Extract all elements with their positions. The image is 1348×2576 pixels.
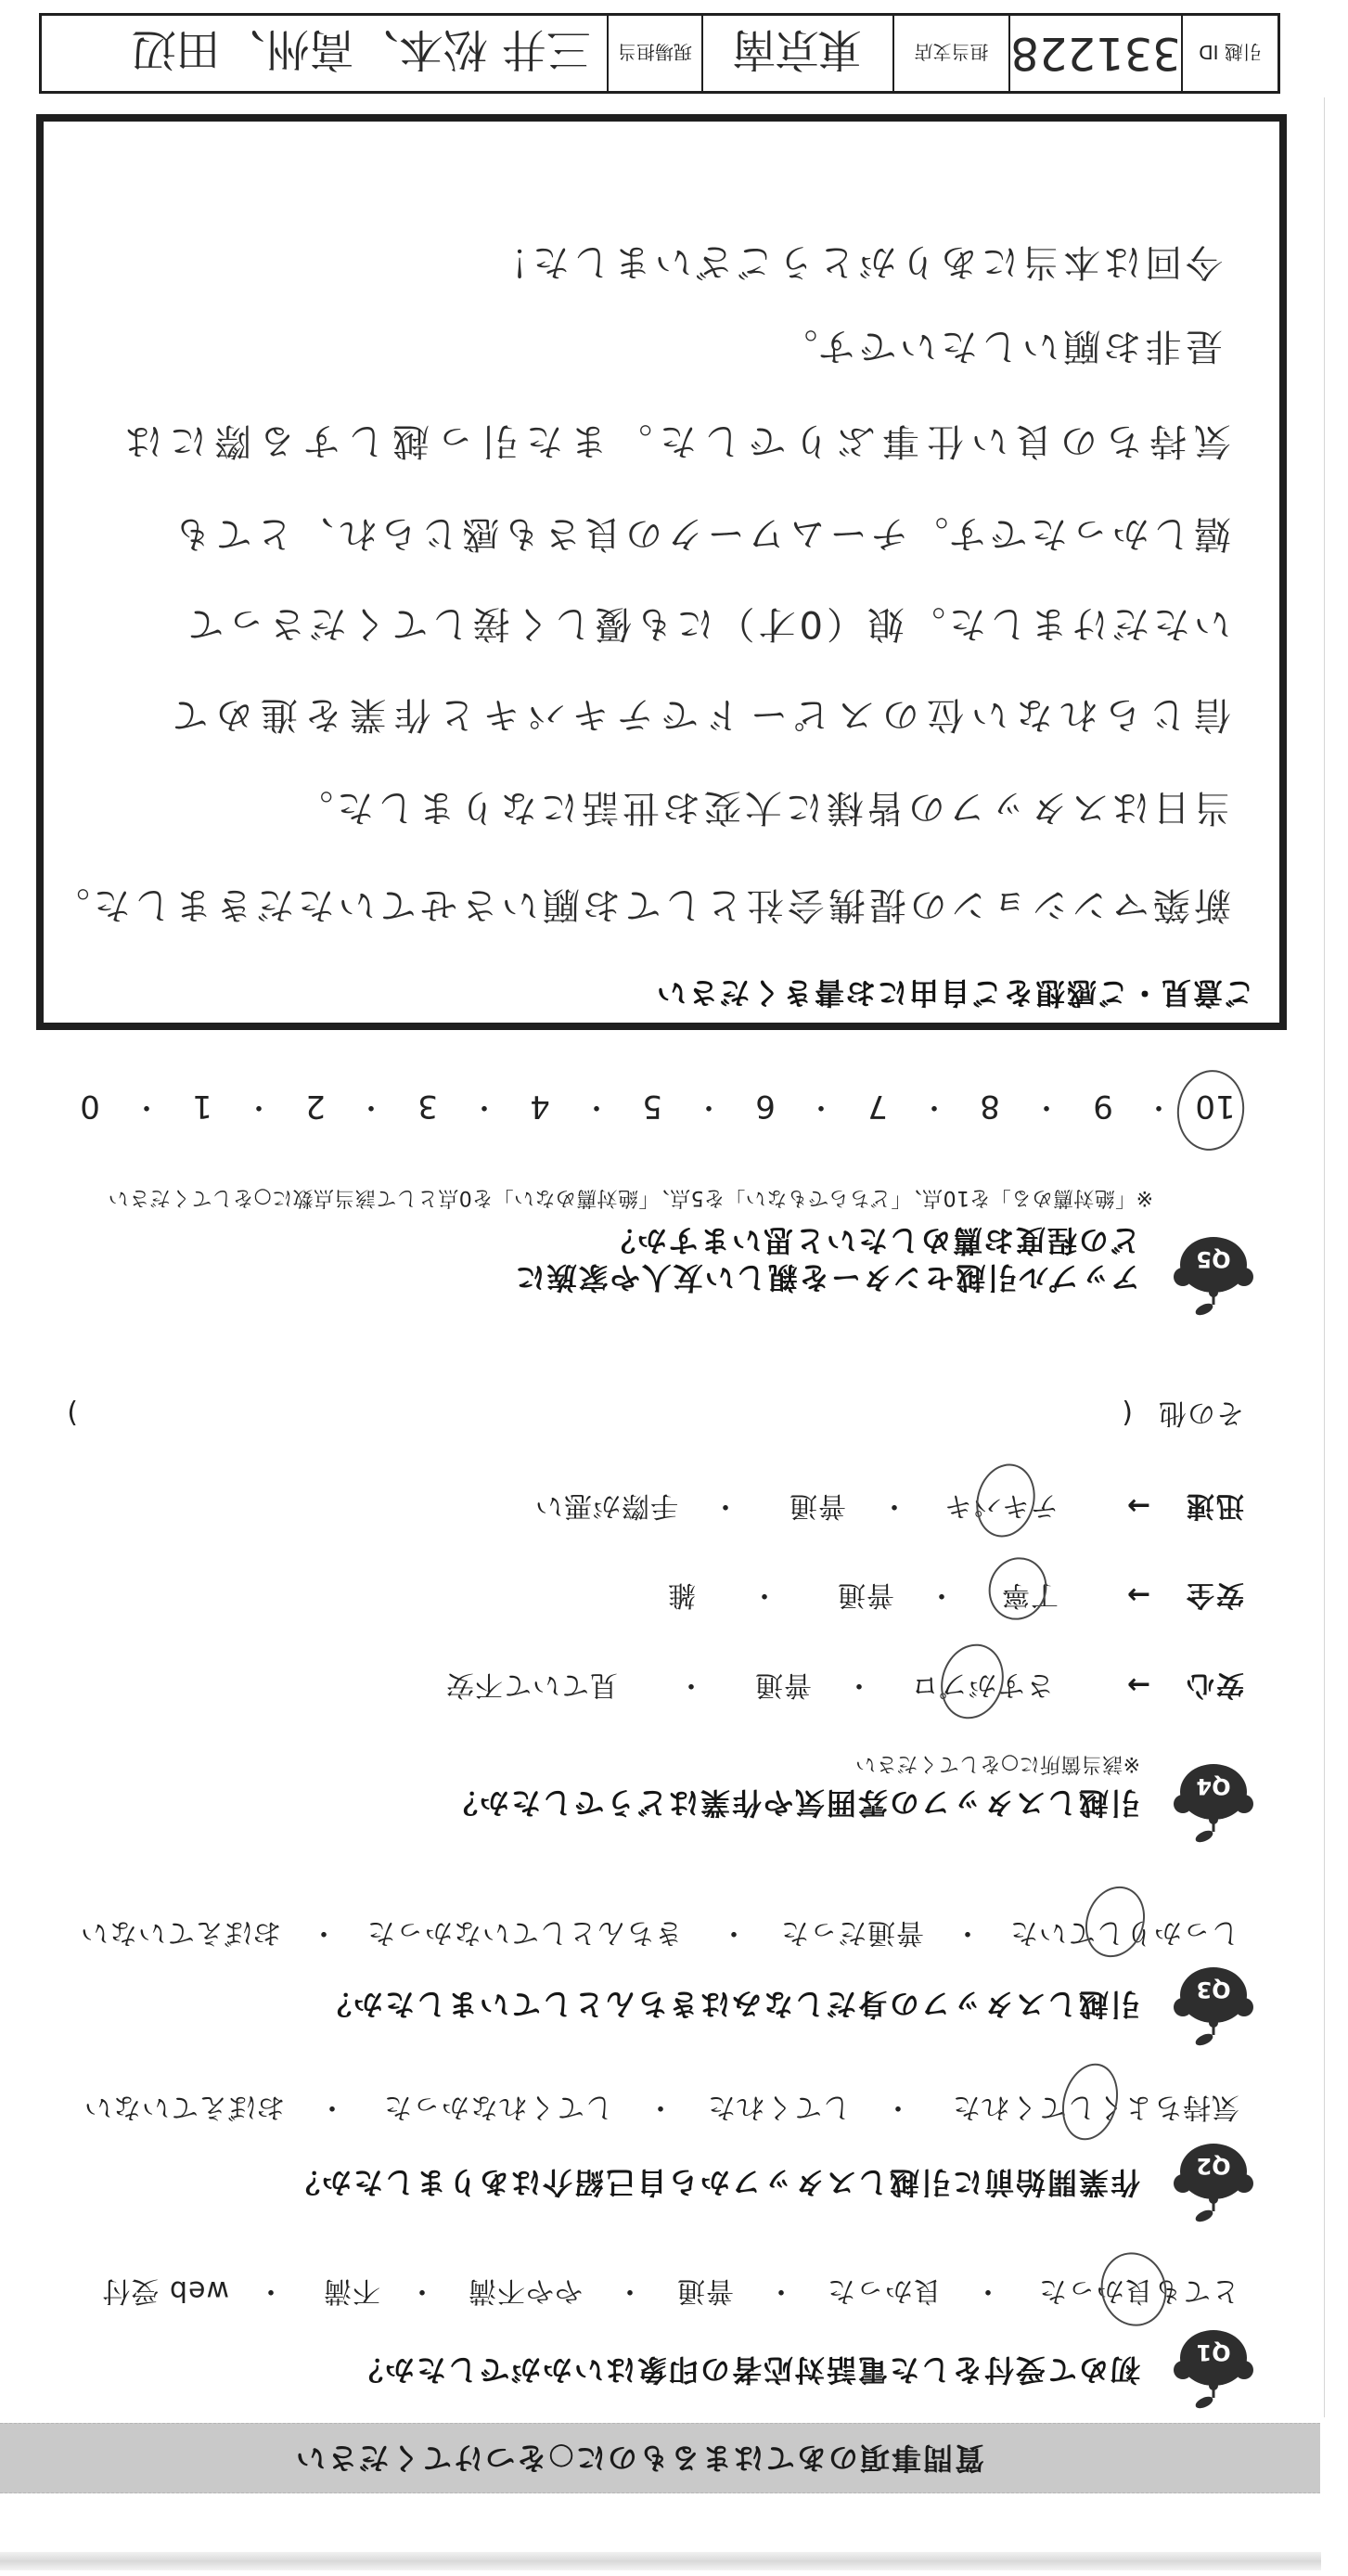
move-id-label: 引越 ID <box>1199 40 1262 67</box>
move-id-label-cell: 引越 ID <box>1181 16 1277 91</box>
q3-selection-circle <box>1076 1878 1155 1966</box>
comment-line-7: 是非お願いしたいです。 <box>777 323 1223 369</box>
comment-line-4: いただけました。娘（0才）にも優しく接してくださって <box>184 600 1231 647</box>
separator-dot: ・ <box>884 2090 912 2123</box>
separator-dot: ・ <box>257 2273 285 2307</box>
score-2: 2 <box>288 1088 343 1125</box>
q4-question: 引越しスタッフの雰囲気や作業はどうでしたか？ <box>446 1784 1140 1822</box>
instruction-text: 質問事項のあてはまるものに○をつけてください <box>294 2440 984 2477</box>
q3-option-dont-remember: おぼえていない <box>80 1915 281 1949</box>
comment-line-5: 嬉しかったです。チームワークの良さも感じられ、とても <box>171 510 1231 557</box>
separator-dot: ・ <box>928 1578 956 1611</box>
scan-edge-shadow <box>0 2552 1321 2570</box>
q1-selection-circle <box>1093 2245 1175 2333</box>
apple-q1-icon: Q1 <box>1172 2329 1255 2411</box>
q4-row-label-speed: 迅速 <box>1185 1488 1244 1522</box>
q2-option-yes: してくれた <box>707 2090 851 2123</box>
q4-safety-option-rough: 雑 <box>667 1578 696 1611</box>
q4-safety-option-normal: 普通 <box>837 1578 894 1611</box>
q4-speed-option-normal: 普通 <box>789 1488 846 1522</box>
q1-option-dissatisfied: 不満 <box>323 2273 380 2307</box>
q3-option-normal: 普通だった <box>780 1915 924 1949</box>
q2-selection-circle <box>1054 2057 1126 2146</box>
q2-option-dont-remember: おぼえていない <box>83 2090 285 2123</box>
separator-dot: ・ <box>1019 1088 1074 1125</box>
q1-option-normal: 普通 <box>676 2273 734 2307</box>
score-5: 5 <box>624 1088 680 1125</box>
comment-box-label: ご意見・ご感想をご自由にお書きください <box>655 974 1254 1011</box>
separator-dot: ・ <box>793 1088 849 1125</box>
separator-dot: ・ <box>318 2090 346 2123</box>
q4-relief-option-normal: 普通 <box>754 1668 812 1701</box>
separator-dot: ・ <box>647 2090 674 2123</box>
apple-q3-icon: Q3 <box>1172 1966 1255 2048</box>
q4-other-label: その他 <box>1158 1396 1244 1429</box>
q4-other-close-paren: ) <box>66 1396 78 1429</box>
q4-speed-option-clumsy: 手際が悪い <box>534 1488 678 1522</box>
q4-other-open-paren: ( <box>1121 1396 1133 1429</box>
separator-dot: ・ <box>408 2273 436 2307</box>
separator-dot: ・ <box>712 1488 739 1522</box>
q2-option-no: してくれなかった <box>383 2090 613 2123</box>
staff-value: 三井 松本、高州、田辺 <box>132 21 591 85</box>
q4-row-label-safety: 安全 <box>1185 1578 1244 1611</box>
arrow-right-icon: → <box>1127 1488 1150 1522</box>
move-id-value-cell: 331228 <box>1008 16 1181 91</box>
q1-option-good: 良かった <box>827 2273 942 2307</box>
arrow-right-icon: → <box>1127 1578 1150 1611</box>
apple-q4-icon: Q4 <box>1172 1763 1255 1845</box>
separator-dot: ・ <box>569 1088 624 1125</box>
q4-relief-selection-circle <box>931 1636 1013 1727</box>
svg-text:Q3: Q3 <box>1196 1977 1230 2003</box>
q5-note: ※「絶対薦める」を10点、「どちらでもない」を5点、「絶対薦めない」を0点として… <box>108 1184 1153 1210</box>
comment-line-2: 当日はスタッフの皆様に大変お世話になりました。 <box>292 784 1231 831</box>
q5-question-line1: アップル引越センターを親しい友人や家族に <box>514 1259 1140 1296</box>
survey-form-scan: 質問事項のあてはまるものに○をつけてください Q1 初めて受付をした電話対応者の… <box>0 0 1348 2576</box>
arrow-right-icon: → <box>1127 1668 1150 1701</box>
branch-value-cell: 東京南 <box>701 16 892 91</box>
score-1: 1 <box>174 1088 230 1125</box>
separator-dot: ・ <box>751 1578 778 1611</box>
q3-question: 引越しスタッフの身だしなみはきちんとしていましたか？ <box>320 1986 1140 2023</box>
comment-line-6: 気持ちの良い仕事ぶりでした。また引っ越しする際には <box>118 418 1231 464</box>
svg-text:Q5: Q5 <box>1196 1246 1230 1272</box>
apple-q2-icon: Q2 <box>1172 2143 1255 2224</box>
score-7: 7 <box>850 1088 905 1125</box>
separator-dot: ・ <box>954 1915 982 1949</box>
separator-dot: ・ <box>906 1088 962 1125</box>
instruction-bar: 質問事項のあてはまるものに○をつけてください <box>0 2423 1320 2493</box>
q4-safety-selection-circle <box>980 1549 1056 1628</box>
score-8: 8 <box>962 1088 1018 1125</box>
comment-line-8: 今回は本当にありがとうございました！ <box>488 238 1223 285</box>
move-id-value: 331228 <box>1010 28 1180 80</box>
staff-label: 現場担当 <box>618 40 692 67</box>
branch-label-cell: 担当支店 <box>892 16 1008 91</box>
q1-question: 初めて受付をした電話対応者の印象はいかがでしたか？ <box>352 2351 1140 2389</box>
apple-q5-icon: Q5 <box>1172 1236 1255 1318</box>
separator-dot: ・ <box>767 2273 795 2307</box>
separator-dot: ・ <box>231 1088 287 1125</box>
svg-text:Q1: Q1 <box>1196 2339 1230 2365</box>
q5-question-line2: どの程度お薦めしたいと思いますか？ <box>604 1222 1140 1259</box>
svg-text:Q2: Q2 <box>1196 2153 1230 2179</box>
score-0: 0 <box>62 1088 118 1125</box>
separator-dot: ・ <box>880 1488 908 1522</box>
separator-dot: ・ <box>456 1088 512 1125</box>
q4-row-label-relief: 安心 <box>1185 1668 1244 1701</box>
score-6: 6 <box>738 1088 793 1125</box>
separator-dot: ・ <box>681 1088 737 1125</box>
svg-text:Q4: Q4 <box>1196 1773 1230 1799</box>
separator-dot: ・ <box>616 2273 644 2307</box>
q3-option-not-neat: きちんとしていなかった <box>366 1915 683 1949</box>
q2-question: 作業開始前に引越しスタッフから自己紹介はありましたか？ <box>289 2164 1140 2201</box>
separator-dot: ・ <box>310 1915 338 1949</box>
q1-option-somewhat-dissatisfied: やや不満 <box>468 2273 583 2307</box>
page-edge-line <box>1324 97 1325 2417</box>
separator-dot: ・ <box>343 1088 399 1125</box>
comment-line-3: 信じられない位のスピードでテキパキと作業を進めて <box>164 691 1231 738</box>
q1-option-web: web 受付 <box>101 2273 229 2307</box>
comment-line-1: 新築マンションの提携会社としてお願いさせていただきました。 <box>49 882 1231 928</box>
q4-note: ※該当箇所に○をしてください <box>855 1750 1140 1776</box>
q4-speed-selection-circle <box>969 1457 1044 1543</box>
q5-selection-circle <box>1172 1065 1249 1154</box>
branch-label: 担当支店 <box>915 40 989 67</box>
score-4: 4 <box>512 1088 568 1125</box>
score-9: 9 <box>1075 1088 1131 1125</box>
staff-value-cell: 三井 松本、高州、田辺 <box>42 16 607 91</box>
branch-value: 東京南 <box>734 21 862 85</box>
move-info-table: 引越 ID 331228 担当支店 東京南 現場担当 三井 松本、高州、田辺 <box>39 13 1280 94</box>
separator-dot: ・ <box>119 1088 174 1125</box>
separator-dot: ・ <box>845 1668 873 1701</box>
separator-dot: ・ <box>720 1915 748 1949</box>
separator-dot: ・ <box>677 1668 705 1701</box>
q4-relief-option-anxious: 見ていて不安 <box>445 1668 618 1701</box>
score-3: 3 <box>400 1088 456 1125</box>
separator-dot: ・ <box>974 2273 1002 2307</box>
staff-label-cell: 現場担当 <box>607 16 701 91</box>
